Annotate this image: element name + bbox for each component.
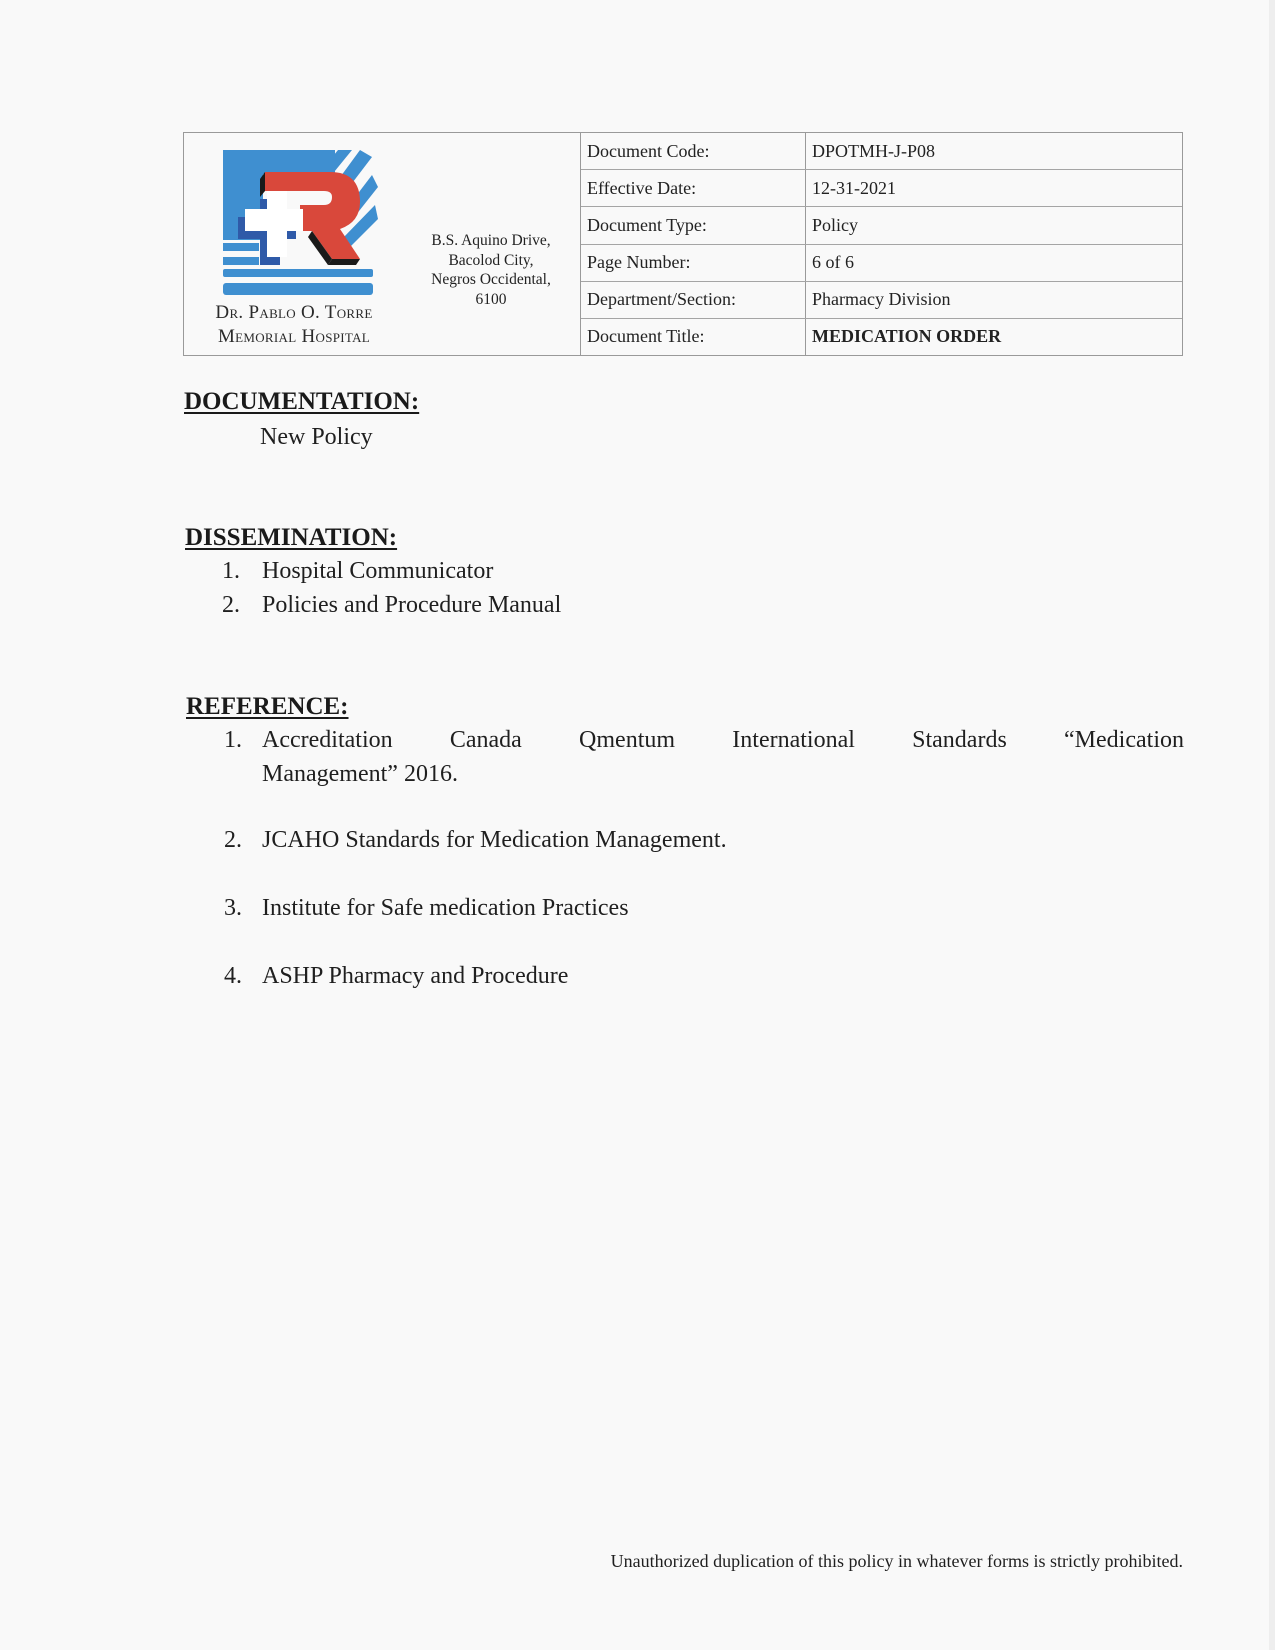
meta-value: 6 of 6 bbox=[806, 245, 1182, 281]
meta-row-document-code: Document Code: DPOTMH-J-P08 bbox=[581, 133, 1182, 170]
reference-word: Standards bbox=[912, 723, 1007, 757]
reference-line1: AccreditationCanadaQmentumInternationalS… bbox=[262, 723, 1184, 757]
hospital-name: Dr. Pablo O. Torre Memorial Hospital bbox=[194, 301, 394, 349]
reference-item: 3. Institute for Safe medication Practic… bbox=[224, 895, 629, 922]
meta-label: Department/Section: bbox=[581, 282, 806, 318]
meta-row-document-title: Document Title: MEDICATION ORDER bbox=[581, 319, 1182, 355]
address-line: B.S. Aquino Drive, bbox=[416, 231, 566, 251]
list-text: Policies and Procedure Manual bbox=[262, 592, 561, 619]
hospital-name-line1: Dr. Pablo O. Torre bbox=[194, 301, 394, 325]
hospital-brand-cell: Dr. Pablo O. Torre Memorial Hospital B.S… bbox=[184, 133, 581, 355]
list-number: 1. bbox=[224, 723, 262, 791]
list-text: JCAHO Standards for Medication Managemen… bbox=[262, 827, 727, 854]
reference-word: Canada bbox=[450, 723, 522, 757]
meta-row-department: Department/Section: Pharmacy Division bbox=[581, 282, 1182, 319]
reference-line2: Management” 2016. bbox=[262, 757, 1184, 791]
hospital-logo-icon bbox=[220, 147, 380, 297]
documentation-heading: DOCUMENTATION: bbox=[184, 388, 419, 416]
meta-label: Document Title: bbox=[581, 319, 806, 355]
meta-label: Document Code: bbox=[581, 133, 806, 169]
list-number: 1. bbox=[222, 558, 262, 585]
meta-value: Pharmacy Division bbox=[806, 282, 1182, 318]
list-number: 2. bbox=[222, 592, 262, 619]
reference-item: 4. ASHP Pharmacy and Procedure bbox=[224, 963, 568, 990]
reference-item: 2. JCAHO Standards for Medication Manage… bbox=[224, 827, 727, 854]
address-line: Negros Occidental, bbox=[416, 270, 566, 290]
list-text: Hospital Communicator bbox=[262, 558, 493, 585]
reference-word: “Medication bbox=[1064, 723, 1184, 757]
address-line: Bacolod City, bbox=[416, 251, 566, 271]
list-text: ASHP Pharmacy and Procedure bbox=[262, 963, 568, 990]
duplication-notice: Unauthorized duplication of this policy … bbox=[611, 1551, 1183, 1572]
dissemination-item: 2. Policies and Procedure Manual bbox=[222, 592, 561, 619]
dissemination-heading: DISSEMINATION: bbox=[185, 524, 397, 552]
list-text: AccreditationCanadaQmentumInternationalS… bbox=[262, 723, 1184, 791]
meta-value: Policy bbox=[806, 207, 1182, 243]
list-number: 4. bbox=[224, 963, 262, 990]
meta-value: DPOTMH-J-P08 bbox=[806, 133, 1182, 169]
list-number: 2. bbox=[224, 827, 262, 854]
documentation-text: New Policy bbox=[260, 424, 373, 451]
dissemination-item: 1. Hospital Communicator bbox=[222, 558, 493, 585]
document-header: Dr. Pablo O. Torre Memorial Hospital B.S… bbox=[183, 132, 1183, 356]
reference-word: International bbox=[732, 723, 855, 757]
reference-word: Accreditation bbox=[262, 723, 393, 757]
address-line: 6100 bbox=[416, 290, 566, 310]
list-text: Institute for Safe medication Practices bbox=[262, 895, 629, 922]
meta-row-document-type: Document Type: Policy bbox=[581, 207, 1182, 244]
meta-label: Document Type: bbox=[581, 207, 806, 243]
hospital-address: B.S. Aquino Drive, Bacolod City, Negros … bbox=[416, 231, 566, 309]
list-number: 3. bbox=[224, 895, 262, 922]
meta-value: 12-31-2021 bbox=[806, 170, 1182, 206]
document-meta-table: Document Code: DPOTMH-J-P08 Effective Da… bbox=[581, 133, 1182, 355]
reference-word: Qmentum bbox=[579, 723, 675, 757]
meta-label: Effective Date: bbox=[581, 170, 806, 206]
hospital-name-line2: Memorial Hospital bbox=[194, 325, 394, 349]
page-edge bbox=[1269, 0, 1275, 1650]
meta-row-effective-date: Effective Date: 12-31-2021 bbox=[581, 170, 1182, 207]
document-title-value: MEDICATION ORDER bbox=[806, 319, 1182, 355]
reference-item: 1. AccreditationCanadaQmentumInternation… bbox=[224, 723, 1184, 791]
reference-heading: REFERENCE: bbox=[186, 693, 349, 721]
meta-row-page-number: Page Number: 6 of 6 bbox=[581, 245, 1182, 282]
meta-label: Page Number: bbox=[581, 245, 806, 281]
